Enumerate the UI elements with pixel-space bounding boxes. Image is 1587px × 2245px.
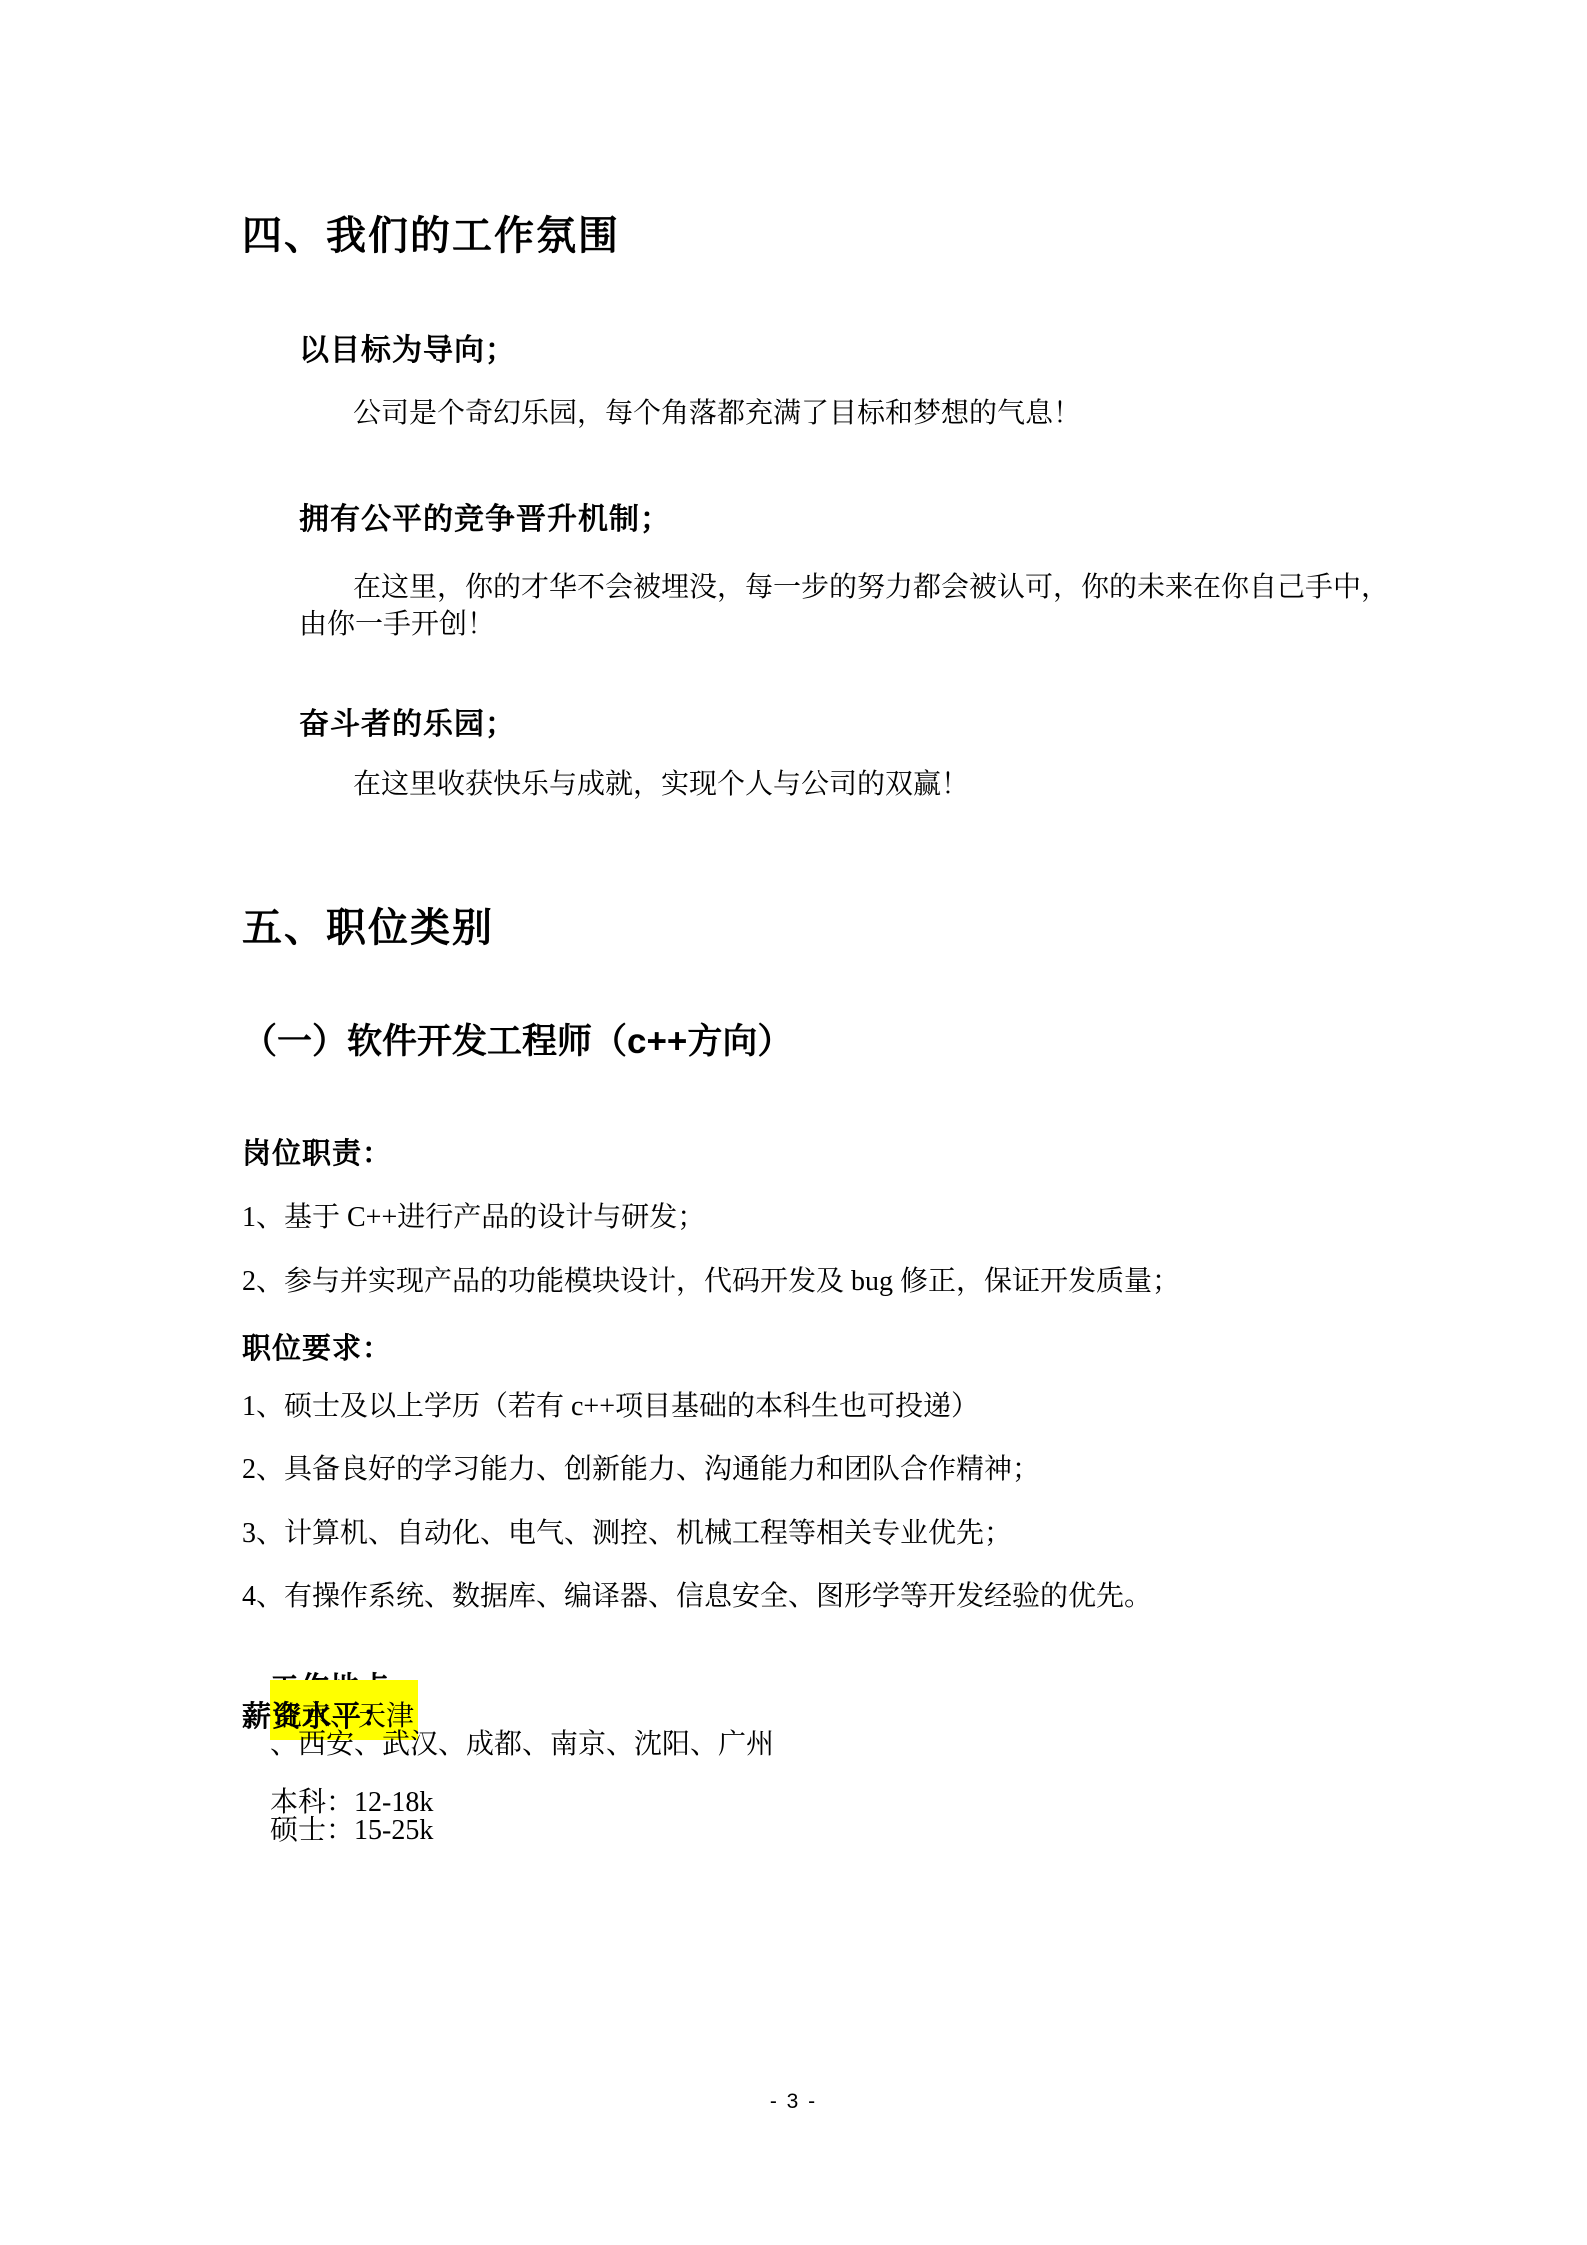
atmosphere-body-2: 在这里，你的才华不会被埋没，每一步的努力都会被认可，你的未来在你自己手中， 由你… (299, 569, 1419, 643)
requirement-item-4: 4、有操作系统、数据库、编译器、信息安全、图形学等开发经验的优先。 (242, 1583, 1152, 1611)
duties-label: 岗位职责： (242, 1140, 392, 1169)
salary-bachelor: 本科：12-18k (270, 1789, 590, 1817)
duty-item-2: 2、参与并实现产品的功能模块设计，代码开发及 bug 修正，保证开发质量； (242, 1268, 1180, 1296)
salary-line: 本科：12-18k 硕士：15-25k (242, 1761, 590, 1873)
salary-master: 硕士：15-25k (270, 1815, 433, 1846)
position-title: （一）软件开发工程师（c++方向） (242, 1024, 792, 1059)
duty-item-1: 1、基于 C++进行产品的设计与研发； (242, 1204, 705, 1232)
location-rest: 、西安、武汉、成都、南京、沈阳、广州 (270, 1729, 774, 1760)
page-number: - 3 - (0, 2091, 1587, 2112)
atmosphere-body-1: 公司是个奇幻乐园，每个角落都充满了目标和梦想的气息！ (353, 400, 1081, 428)
salary-label: 薪资水平： (242, 1703, 392, 1732)
requirement-item-3: 3、计算机、自动化、电气、测控、机械工程等相关专业优先； (242, 1520, 1012, 1548)
section-5-title: 五、职位类别 (242, 908, 494, 948)
atmosphere-heading-2: 拥有公平的竞争晋升机制； (299, 505, 671, 535)
atmosphere-heading-1: 以目标为导向； (299, 336, 516, 366)
document-page: 四、我们的工作氛围 以目标为导向； 公司是个奇幻乐园，每个角落都充满了目标和梦想… (0, 0, 1587, 2245)
atmosphere-heading-3: 奋斗者的乐园； (299, 710, 516, 740)
requirement-item-1: 1、硕士及以上学历（若有 c++项目基础的本科生也可投递） (242, 1393, 979, 1421)
requirement-item-2: 2、具备良好的学习能力、创新能力、沟通能力和团队合作精神； (242, 1456, 1040, 1484)
requirements-label: 职位要求： (242, 1335, 392, 1364)
atmosphere-body-3: 在这里收获快乐与成就，实现个人与公司的双赢！ (353, 771, 969, 799)
section-4-title: 四、我们的工作氛围 (242, 216, 620, 256)
